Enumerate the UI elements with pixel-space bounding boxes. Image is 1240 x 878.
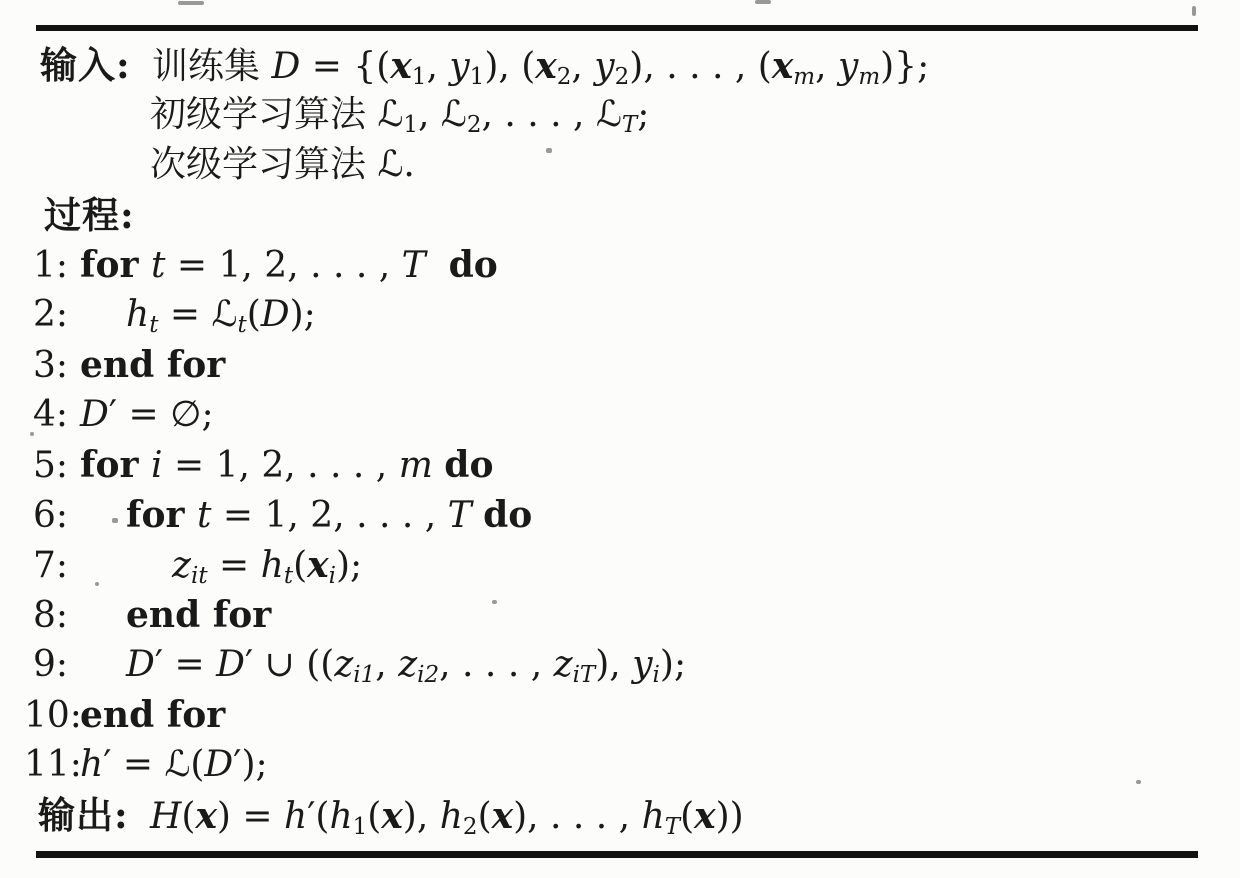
math-segment: ), [403, 796, 440, 837]
math-segment: ), . . . , [513, 796, 641, 837]
step-body: end for [126, 595, 271, 636]
step-body: D′ = D′ ∪ ((zi1, zi2, . . . , ziT), yi); [126, 644, 686, 685]
math-segment: )}; [880, 46, 929, 87]
math-segment: i2 [417, 662, 439, 688]
top-rule [36, 25, 1198, 31]
math-segment: ( [247, 294, 261, 335]
math-segment: ′ [109, 394, 117, 435]
math-segment: ), . . . , ( [629, 46, 772, 87]
math-segment: ( [315, 796, 329, 837]
math-segment: t [197, 495, 211, 536]
math-segment: x [694, 795, 715, 837]
math-segment: ); [336, 545, 362, 586]
step-body: end for [80, 345, 225, 386]
math-segment: = [111, 744, 164, 785]
math-segment: y [632, 644, 652, 685]
math-segment: x [307, 544, 328, 586]
math-segment: end for [80, 694, 225, 736]
math-segment: end for [80, 344, 225, 386]
math-segment: for [80, 244, 151, 286]
math-segment: = [163, 644, 216, 685]
input-continuation-row: 次级学习算法 ℒ. [0, 140, 1240, 190]
math-segment: D [261, 294, 290, 335]
math-segment: i [653, 662, 660, 688]
math-segment: i [151, 445, 163, 486]
math-segment: , [418, 94, 441, 135]
math-segment: = [158, 294, 211, 335]
math-segment: y [838, 46, 858, 87]
step-body: for t = 1, 2, . . . , T do [80, 245, 498, 286]
math-segment: T [448, 495, 472, 536]
math-segment: x [195, 795, 216, 837]
line-number: 2: [24, 290, 68, 340]
input-label: 输入: [40, 40, 152, 90]
math-segment: t [284, 563, 293, 589]
process-label-row: 过程: [0, 190, 1240, 240]
math-segment: T [402, 245, 426, 286]
math-segment: iT [573, 662, 596, 688]
step-row: 2:ht = ℒt(D); [0, 290, 1240, 340]
math-segment: z [172, 545, 191, 586]
output-row: 输出:H(x) = h′(h1(x), h2(x), . . . , hT(x)… [0, 790, 1240, 840]
output-expression: H(x) = h′(h1(x), h2(x), . . . , hT(x)) [150, 796, 744, 837]
step-body: ht = ℒt(D); [126, 294, 316, 335]
math-segment: z [554, 644, 573, 685]
math-segment: ( [181, 796, 195, 837]
math-segment: D [80, 394, 109, 435]
line-number: 9: [24, 640, 68, 690]
math-segment: i1 [353, 662, 375, 688]
math-segment: x [535, 45, 556, 87]
step-body: for i = 1, 2, . . . , m do [80, 445, 493, 486]
math-segment: ) = [217, 796, 284, 837]
math-segment: , [375, 644, 398, 685]
math-segment: D [216, 644, 245, 685]
math-segment: 1 [412, 64, 427, 90]
math-segment: , . . . , [439, 644, 553, 685]
step-row: 4:D′ = ∅; [0, 390, 1240, 440]
math-segment: 初级学习算法 [150, 94, 377, 135]
line-number: 8: [24, 591, 68, 641]
step-row: 11:h′ = ℒ(D′); [0, 740, 1240, 790]
math-segment: x [772, 45, 793, 87]
step-body: D′ = ∅; [80, 394, 214, 435]
output-label: 输出: [38, 790, 150, 840]
steps-block: 1:for t = 1, 2, . . . , T do2:ht = ℒt(D)… [0, 240, 1240, 790]
line-number: 11: [24, 740, 68, 790]
math-segment: x [390, 45, 411, 87]
scan-speck [112, 518, 118, 523]
step-row: 8:end for [0, 590, 1240, 640]
math-segment: H [150, 796, 181, 837]
math-segment: 1 [470, 64, 485, 90]
math-segment: ℒ [212, 294, 238, 335]
math-segment: h [284, 796, 307, 837]
math-segment: D [271, 46, 300, 87]
math-segment: D [204, 744, 233, 785]
input-block: 输入:训练集 D = {(x1, y1), (x2, y2), . . . , … [0, 40, 1240, 190]
math-segment: , [571, 46, 594, 87]
math-segment: 2 [615, 64, 630, 90]
scan-speck [546, 148, 552, 153]
scanned-algorithm-page: 输入:训练集 D = {(x1, y1), (x2, y2), . . . , … [0, 0, 1240, 878]
step-row: 10:end for [0, 690, 1240, 740]
math-segment: h [261, 545, 284, 586]
math-segment: 2 [467, 112, 482, 138]
math-segment: )) [716, 796, 744, 837]
math-segment: h [642, 796, 665, 837]
math-segment: z [334, 644, 353, 685]
math-segment: i [329, 563, 336, 589]
scan-speck [30, 432, 34, 436]
math-segment: t [151, 245, 165, 286]
math-segment: = {( [300, 46, 390, 87]
math-segment: ℒ [377, 94, 403, 135]
math-segment: y [449, 46, 469, 87]
bottom-rule [36, 851, 1198, 858]
math-segment: ); [660, 644, 686, 685]
math-segment: ( [367, 796, 381, 837]
math-segment: m [858, 64, 880, 90]
math-segment: 2 [557, 64, 572, 90]
math-segment: 1 [403, 112, 418, 138]
math-segment: ℒ [441, 94, 467, 135]
math-segment: ( [478, 796, 492, 837]
math-segment: = 1, 2, . . . , [163, 445, 399, 486]
math-segment: h [329, 796, 352, 837]
math-segment: ℒ [596, 94, 622, 135]
scan-speck [1192, 6, 1196, 16]
step-row: 3:end for [0, 340, 1240, 390]
math-segment: ( [680, 796, 694, 837]
math-segment: 训练集 [152, 46, 271, 87]
scan-speck [178, 1, 204, 5]
process-label: 过程: [44, 193, 135, 237]
math-segment: z [398, 644, 417, 685]
step-body: zit = ht(xi); [172, 545, 362, 586]
math-segment: x [381, 795, 402, 837]
math-segment: = 1, 2, . . . , [165, 245, 401, 286]
step-row: 7:zit = ht(xi); [0, 540, 1240, 590]
math-segment: , [815, 46, 838, 87]
line-number: 10: [24, 691, 68, 741]
line-number: 1: [24, 241, 68, 291]
math-segment: ′ [155, 644, 163, 685]
math-segment: ; [637, 94, 649, 135]
math-segment: = [208, 545, 261, 586]
line-number: 7: [24, 541, 68, 591]
math-segment: h [80, 744, 103, 785]
math-segment: ∪ (( [253, 644, 334, 685]
math-segment: ), [595, 644, 632, 685]
math-segment: ( [190, 744, 204, 785]
line-number: 5: [24, 441, 68, 491]
math-segment [472, 495, 483, 536]
input-continuation-row: 初级学习算法 ℒ1, ℒ2, . . . , ℒT; [0, 90, 1240, 140]
scan-speck [95, 582, 99, 586]
math-segment: do [444, 444, 493, 486]
math-segment: ′ [245, 644, 253, 685]
math-segment: do [449, 244, 498, 286]
math-segment: = 1, 2, . . . , [211, 495, 447, 536]
math-segment: D [126, 644, 155, 685]
step-row: 5:for i = 1, 2, . . . , m do [0, 440, 1240, 490]
math-segment: x [492, 795, 513, 837]
math-segment: 1 [353, 814, 368, 840]
math-segment: m [399, 445, 433, 486]
math-segment: 2 [463, 814, 478, 840]
line-number: 3: [24, 341, 68, 391]
math-segment: ); [290, 294, 316, 335]
math-segment: for [126, 494, 197, 536]
step-row: 9:D′ = D′ ∪ ((zi1, zi2, . . . , ziT), yi… [0, 640, 1240, 690]
math-segment: T [665, 814, 680, 840]
math-segment: h [126, 294, 149, 335]
math-segment: , [426, 46, 449, 87]
scan-speck [492, 600, 497, 604]
math-segment: T [622, 112, 637, 138]
step-row: 6:for t = 1, 2, . . . , T do [0, 490, 1240, 540]
step-body: h′ = ℒ(D′); [80, 744, 268, 785]
math-segment: ), ( [484, 46, 535, 87]
math-segment [426, 245, 449, 286]
step-body: end for [80, 695, 225, 736]
math-segment: y [594, 46, 614, 87]
math-segment: end for [126, 594, 271, 636]
math-segment: . [403, 144, 414, 185]
math-segment: for [80, 444, 151, 486]
step-body: for t = 1, 2, . . . , T do [126, 495, 532, 536]
math-segment: , . . . , [482, 94, 596, 135]
math-segment: it [191, 563, 208, 589]
math-segment: ℒ [164, 744, 190, 785]
math-segment: ℒ [377, 144, 403, 185]
math-segment: = ∅; [117, 394, 214, 435]
math-segment [433, 445, 444, 486]
math-segment: do [483, 494, 532, 536]
math-segment: m [793, 64, 815, 90]
math-segment: ); [241, 744, 267, 785]
math-segment: 次级学习算法 [150, 144, 377, 185]
math-segment: t [237, 312, 246, 338]
algorithm-content: 输入:训练集 D = {(x1, y1), (x2, y2), . . . , … [0, 40, 1240, 840]
math-segment: ( [293, 545, 307, 586]
input-row: 输入:训练集 D = {(x1, y1), (x2, y2), . . . , … [0, 40, 1240, 90]
scan-speck [755, 0, 771, 4]
scan-speck [1136, 780, 1141, 784]
line-number: 6: [24, 491, 68, 541]
math-segment: h [440, 796, 463, 837]
step-row: 1:for t = 1, 2, . . . , T do [0, 240, 1240, 290]
